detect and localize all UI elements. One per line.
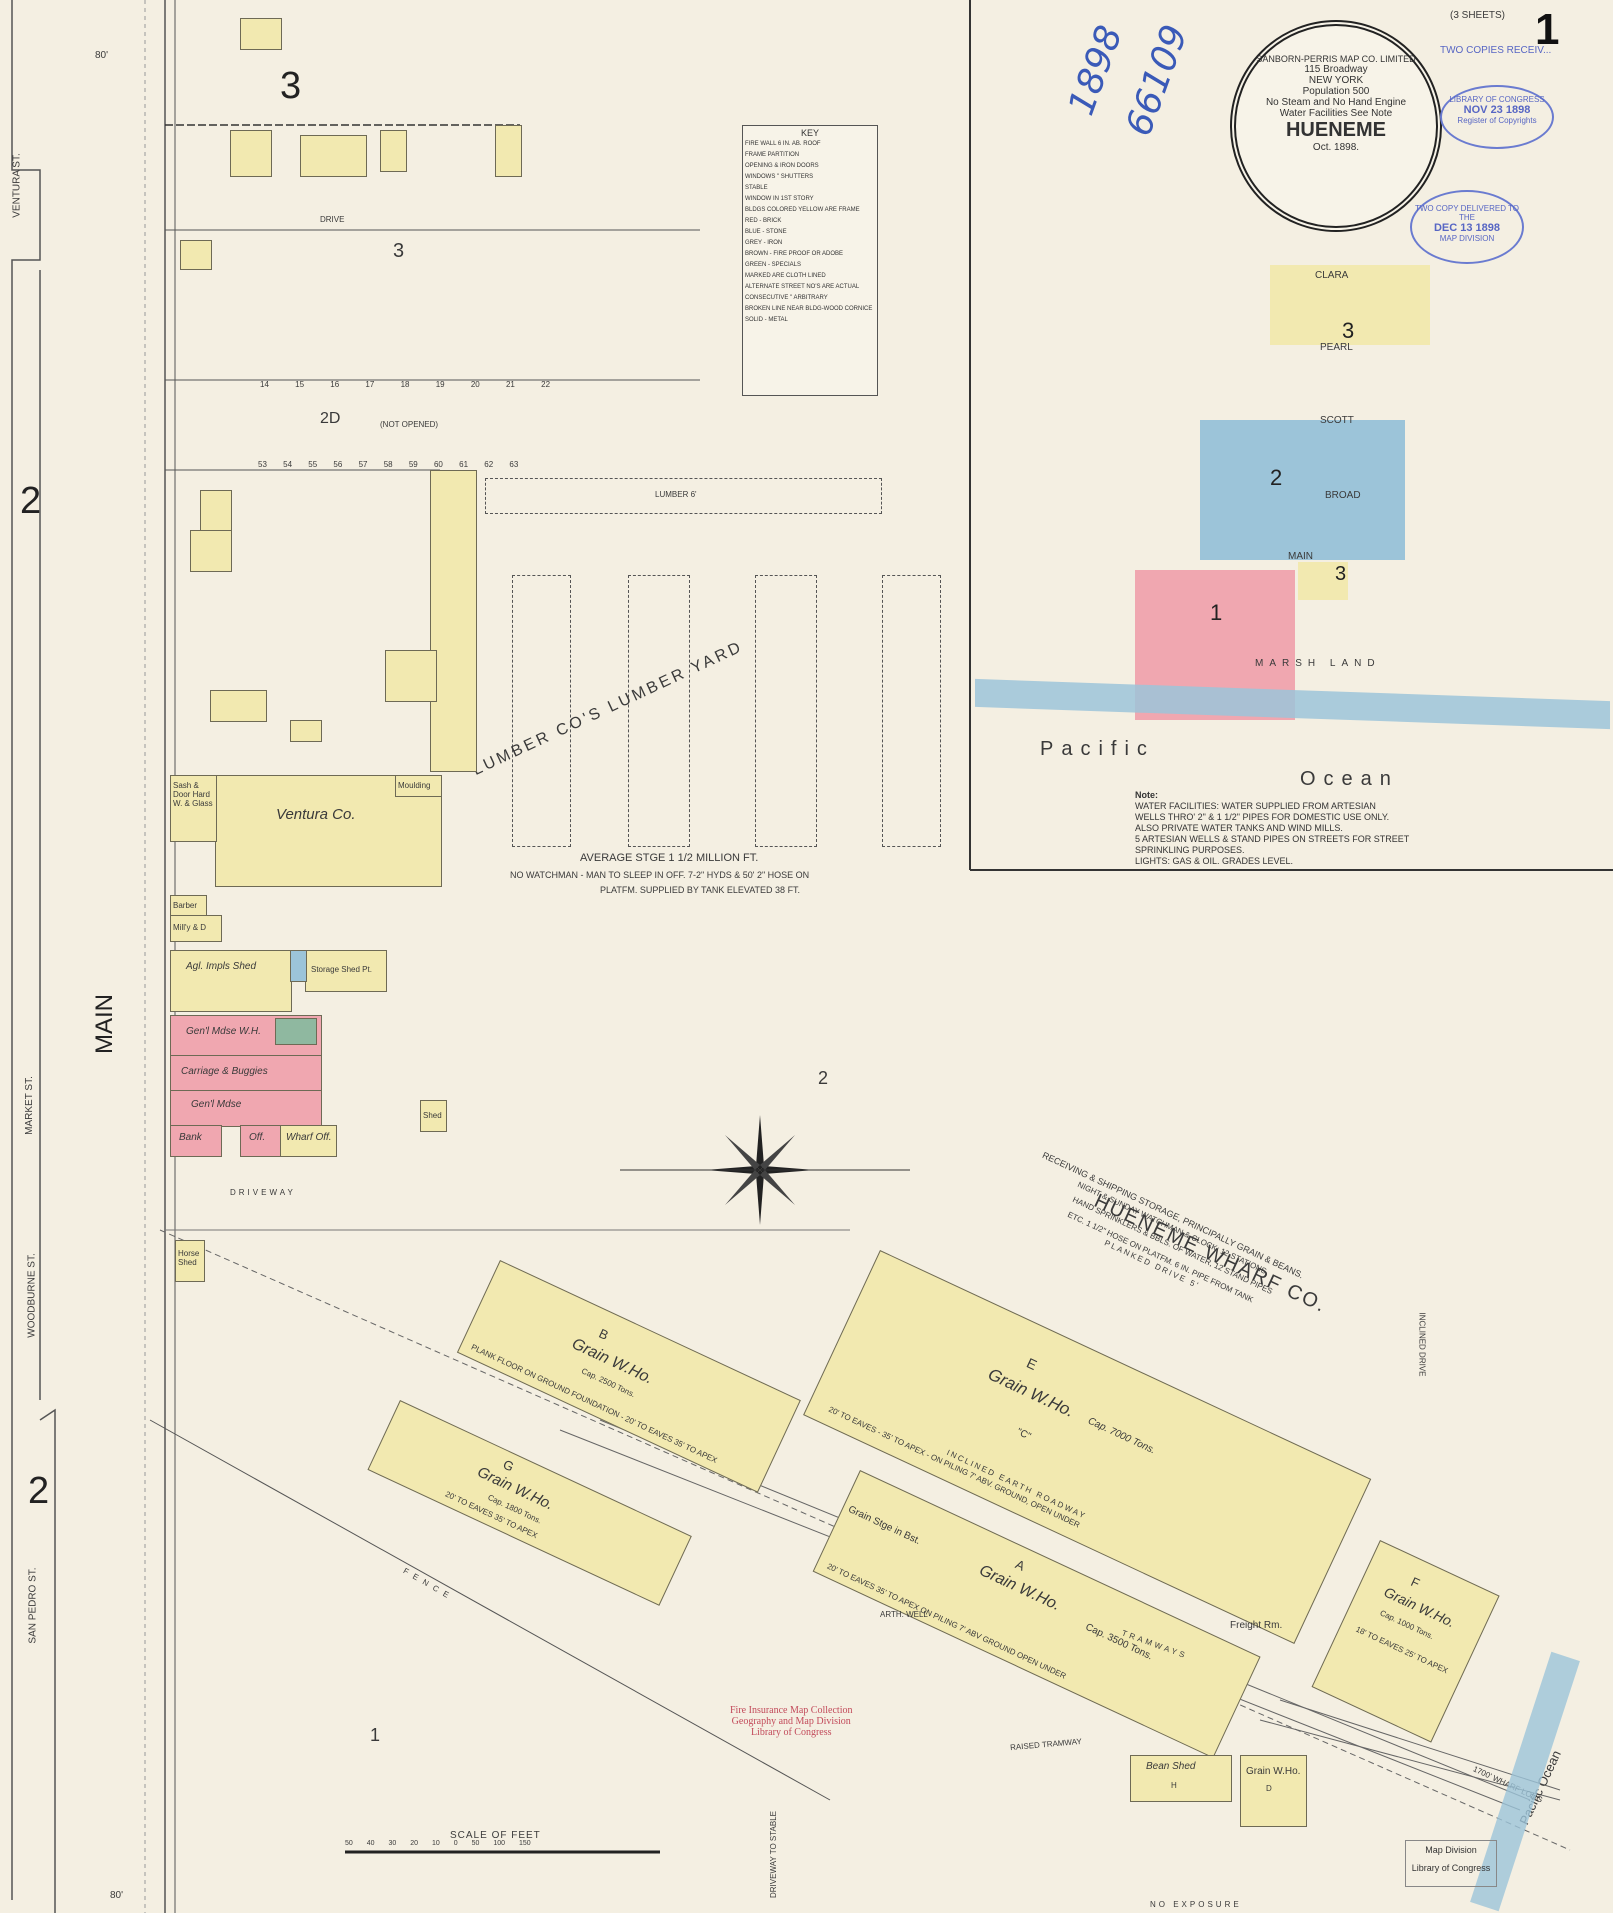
index-sheet-2-label: 2: [1270, 465, 1282, 491]
sheet-ref-2-left: 2: [20, 480, 41, 523]
building-carriage: Carriage & Buggies: [170, 1055, 322, 1092]
sheet-ref-2-center: 2: [818, 1068, 828, 1089]
index-sheet-2-area: [1200, 420, 1405, 560]
building-barber: Barber: [170, 895, 207, 917]
lumber-pile-1: [512, 575, 571, 847]
lumber-note-2: PLATFM. SUPPLIED BY TANK ELEVATED 38 FT.: [600, 885, 800, 895]
sheet-ref-3-top: 3: [280, 65, 301, 108]
market-street-label: MARKET ST.: [24, 1076, 35, 1135]
arth-well-label: ARTH. WELL: [880, 1610, 928, 1619]
index-sheet-1-label: 1: [1210, 600, 1222, 626]
building-special: [275, 1018, 317, 1045]
building-wharf-off: Wharf Off.: [280, 1125, 337, 1157]
bean-shed-h: Bean Shed H: [1130, 1755, 1232, 1802]
lot-numbers-top: 14 15 16 17 18 19 20 21 22: [260, 380, 550, 389]
inclined-drive-label: INCLINED DRIVE: [1418, 1312, 1427, 1376]
building-storage: [380, 130, 407, 172]
copyright-stamp: LIBRARY OF CONGRESS NOV 23 1898 Register…: [1440, 85, 1554, 149]
ventura-street-label: VENTURA ST.: [12, 153, 23, 217]
street-broad: BROAD: [1325, 490, 1361, 501]
sheets-note: (3 SHEETS): [1450, 10, 1505, 21]
collection-stamp: Fire Insurance Map Collection Geography …: [730, 1705, 852, 1738]
two-copies-stamp: TWO COPIES RECEIV...: [1440, 45, 1551, 56]
compass-rose: [620, 1115, 910, 1225]
lumber-stock-note: AVERAGE STGE 1 1/2 MILLION FT.: [580, 852, 758, 864]
no-exposure-label: NO EXPOSURE: [1150, 1900, 1242, 1909]
building-agl-impls-shed: Agl. Impls Shed: [170, 950, 292, 1012]
index-sheet-3-label: 3: [1342, 318, 1354, 344]
building-house-1: [210, 690, 267, 722]
street-main: MAIN: [1288, 551, 1313, 562]
sheet-ref-3-mid: 3: [393, 240, 404, 263]
building-shed-right: Shed: [420, 1100, 447, 1132]
building-horse-shed: Horse Shed: [175, 1240, 205, 1282]
sheet-ref-1-bottom: 1: [370, 1725, 380, 1746]
index-sheet-3b-label: 3: [1335, 563, 1346, 586]
driveway-label: DRIVEWAY: [230, 1188, 296, 1197]
street-clara: CLARA: [1315, 270, 1348, 281]
woodburne-street-label: WOODBURNE ST.: [27, 1253, 38, 1337]
street-scott: SCOTT: [1320, 415, 1354, 426]
warehouse-d: Grain W.Ho. D: [1240, 1755, 1307, 1827]
lumber-note-1: NO WATCHMAN - MAN TO SLEEP IN OFF. 7-2" …: [510, 870, 809, 880]
building-storage-shed: Storage Shed Pt.: [305, 950, 387, 992]
drive-label: DRIVE: [320, 215, 344, 224]
building-bank: Bank: [170, 1125, 222, 1157]
pacific-label: Pacific: [1040, 738, 1155, 761]
building-genl-mdse: Gen'l Mdse: [170, 1090, 322, 1127]
building-d-1: [200, 490, 232, 532]
building-tall: [430, 470, 477, 772]
delivered-stamp: TWO COPY DELIVERED TO THE DEC 13 1898 MA…: [1410, 190, 1524, 264]
building-d-top: [230, 130, 272, 177]
sheet-ref-2-lower: 2: [28, 1470, 49, 1513]
building-sash-door: Sash & Door Hard W. & Glass: [170, 775, 217, 842]
scale-ticks: 50 40 30 20 10 0 50 100 150: [345, 1840, 531, 1847]
title-block: SANBORN-PERRIS MAP CO. LIMITED 115 Broad…: [1230, 20, 1442, 232]
lumber-pile-4: [882, 575, 941, 847]
building-off: Off.: [240, 1125, 282, 1157]
building-moulding: Moulding: [395, 775, 442, 797]
building-house-2: [385, 650, 437, 702]
not-opened-label: (NOT OPENED): [380, 420, 438, 429]
lumber-pile-3: [755, 575, 817, 847]
second-street-label: 2D: [320, 410, 340, 428]
lumber-pile-top-label: LUMBER 6': [655, 490, 697, 499]
width-80-bottom: 80': [110, 1890, 123, 1901]
building-d-2: [190, 530, 232, 572]
building-right-top: [495, 125, 522, 177]
building-d-small: [180, 240, 212, 270]
san-pedro-street-label: SAN PEDRO ST.: [28, 1567, 39, 1643]
marsh-land-label: MARSH LAND: [1255, 658, 1381, 669]
lumber-pile-2: [628, 575, 690, 847]
building-top: [240, 18, 282, 50]
freight-rm-label: Freight Rm.: [1230, 1620, 1282, 1631]
building-mid: [300, 135, 367, 177]
map-key: KEY FIRE WALL 6 IN. AB. ROOF FRAME PARTI…: [742, 125, 878, 396]
map-division-stamp: Map Division Library of Congress: [1405, 1840, 1497, 1887]
building-windmill: [290, 950, 307, 982]
building-shed-1: [290, 720, 322, 742]
width-80-top: 80': [95, 50, 108, 61]
driveway-to-stable-label: DRIVEWAY TO STABLE: [769, 1811, 778, 1898]
main-street-label: MAIN: [91, 994, 119, 1054]
lot-numbers-mid: 53 54 55 56 57 58 59 60 61 62 63: [258, 460, 518, 469]
ocean-label: Ocean: [1300, 768, 1399, 791]
building-milly: Mill'y & D: [170, 915, 222, 942]
water-note: Note: WATER FACILITIES: WATER SUPPLIED F…: [1135, 790, 1409, 867]
